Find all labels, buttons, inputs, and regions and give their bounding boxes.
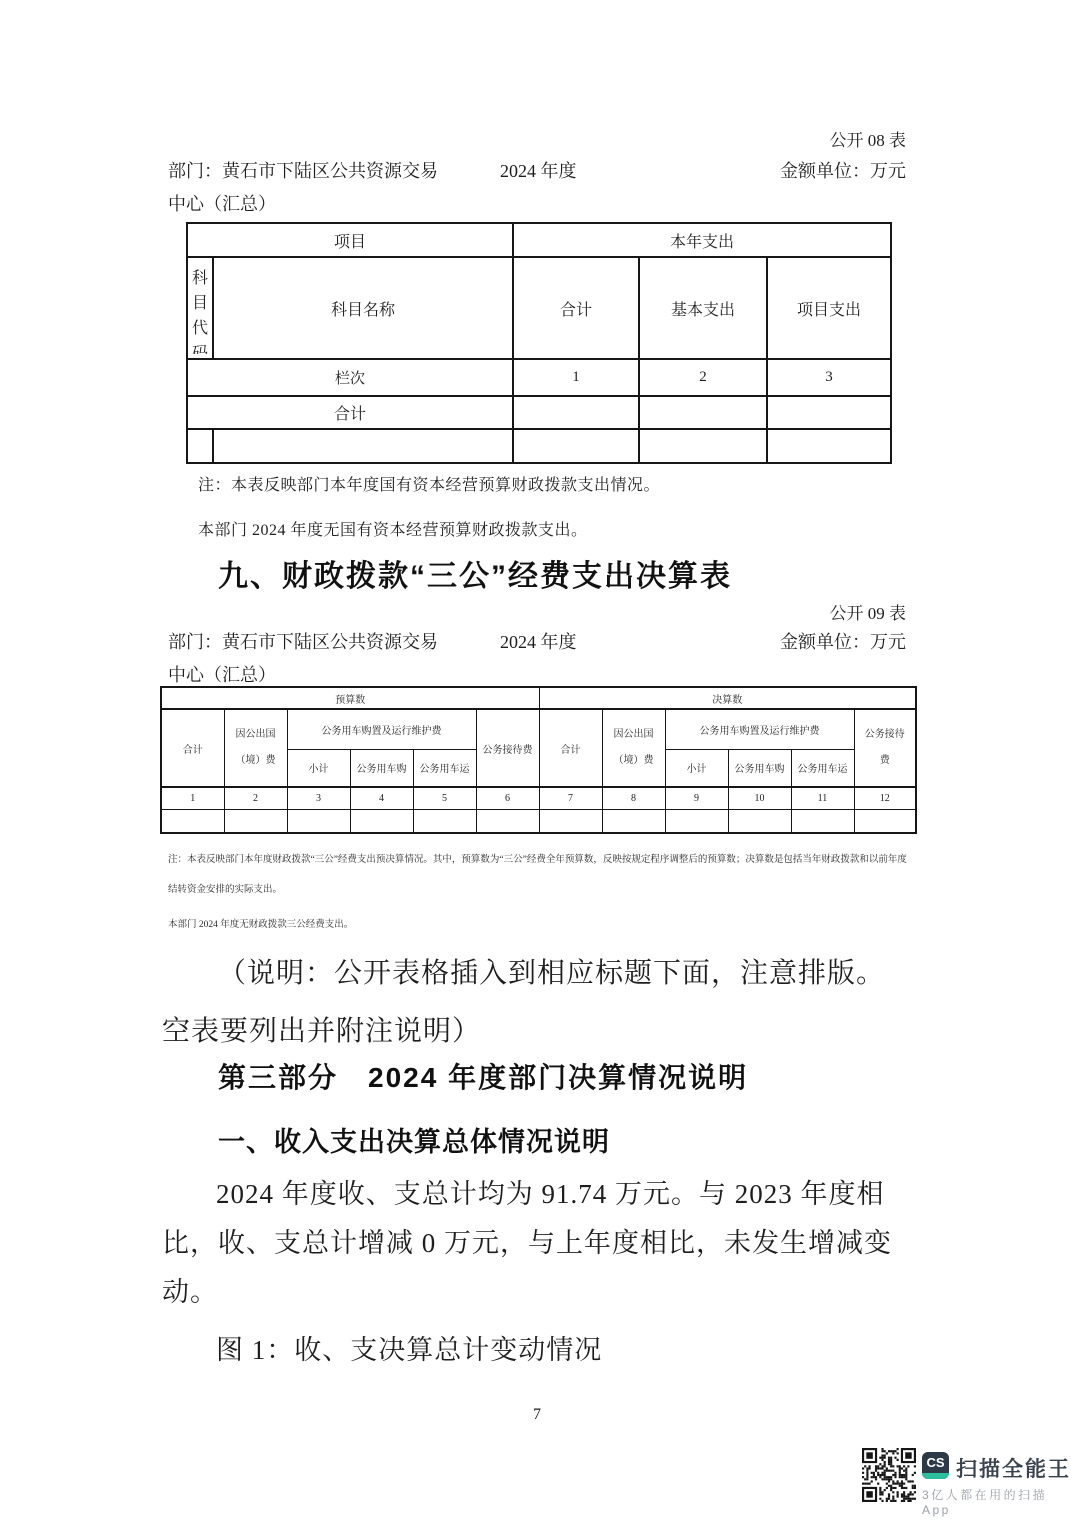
t9-final-reception: 公务接待费	[854, 709, 916, 787]
table09-unit: 金额单位：万元	[780, 628, 906, 654]
t9-final-reception-label: 公务接待费	[864, 722, 906, 774]
section9-heading: 九、财政拨款“三公”经费支出决算表	[218, 551, 732, 595]
t9-col-12: 12	[854, 787, 916, 809]
t9-budget-abroad-label: 因公出国（境）费	[235, 722, 277, 774]
t8-project-expense-cell: 项目支出	[767, 257, 891, 359]
empty-cell	[791, 809, 854, 833]
empty-cell	[539, 809, 602, 833]
t9-col-6: 6	[476, 787, 539, 809]
t9-col-9: 9	[665, 787, 728, 809]
camscanner-logo-teal-bar	[922, 1473, 949, 1479]
table08-unit: 金额单位：万元	[780, 157, 906, 183]
t9-col-7: 7	[539, 787, 602, 809]
t9-final-vehicle-purchase: 公务用车购	[728, 749, 791, 787]
empty-cell	[350, 809, 413, 833]
qr-code	[862, 1448, 916, 1502]
table08-dept-name: 部门：黄石市下陆区公共资源交易	[168, 157, 438, 183]
table09-year: 2024 年度	[500, 628, 577, 654]
empty-cell	[187, 429, 213, 463]
table08-year: 2024 年度	[500, 157, 577, 183]
camscanner-logo: CS	[922, 1452, 949, 1479]
remark-paragraph: （说明：公开表格插入到相应标题下面，注意排版。空表要列出并附注说明）	[162, 945, 910, 1061]
document-page: 公开 08 表 部门：黄石市下陆区公共资源交易 2024 年度 金额单位：万元 …	[0, 0, 1074, 1520]
table08: 项目 本年支出 科目代码 科目名称 合计 基本支出 项目支出 栏次 1 2 3 …	[186, 222, 892, 464]
table08-dept-suffix: 中心（汇总）	[168, 190, 276, 216]
table09-dept-suffix: 中心（汇总）	[168, 661, 276, 687]
empty-cell	[854, 809, 916, 833]
empty-cell	[639, 396, 767, 429]
t9-budget-subtotal: 小计	[287, 749, 350, 787]
empty-cell	[513, 429, 639, 463]
empty-cell	[639, 429, 767, 463]
t8-col-3: 3	[767, 359, 891, 396]
empty-cell	[767, 396, 891, 429]
t9-col-4: 4	[350, 787, 413, 809]
t8-col-1: 1	[513, 359, 639, 396]
t8-subject-code-label: 科目代码	[191, 266, 209, 354]
table08-note: 注：本表反映部门本年度国有资本经营预算财政拨款支出情况。	[198, 472, 660, 495]
t9-final-abroad: 因公出国（境）费	[602, 709, 665, 787]
t9-col-8: 8	[602, 787, 665, 809]
t8-total-row-label: 合计	[187, 396, 513, 429]
camscanner-logo-text: CS	[922, 1452, 949, 1473]
table09-statement: 本部门 2024 年度无财政拨款三公经费支出。	[168, 910, 353, 940]
table09-dept-row: 部门：黄石市下陆区公共资源交易 2024 年度 金额单位：万元	[168, 628, 906, 654]
t9-budget-total: 合计	[161, 709, 224, 787]
empty-cell	[224, 809, 287, 833]
empty-cell	[213, 429, 513, 463]
t8-total-cell: 合计	[513, 257, 639, 359]
t9-budget-vehicle-operation: 公务用车运	[413, 749, 476, 787]
t8-subject-code-cell: 科目代码	[187, 257, 213, 359]
body-paragraph: 2024 年度收、支总计均为 91.74 万元。与 2023 年度相比，收、支总…	[162, 1170, 912, 1317]
t9-budget-vehicle: 公务用车购置及运行维护费	[287, 709, 476, 749]
t9-col-5: 5	[413, 787, 476, 809]
part3-heading: 第三部分 2024 年度部门决算情况说明	[218, 1056, 748, 1096]
t8-col-2: 2	[639, 359, 767, 396]
t9-final-vehicle: 公务用车购置及运行维护费	[665, 709, 854, 749]
t8-basic-expense-cell: 基本支出	[639, 257, 767, 359]
t8-rank-cell: 栏次	[187, 359, 513, 396]
empty-cell	[161, 809, 224, 833]
t9-final-subtotal: 小计	[665, 749, 728, 787]
camscanner-tagline: 3亿人都在用的扫描App	[922, 1486, 1074, 1517]
t9-col-11: 11	[791, 787, 854, 809]
t9-budget-header: 预算数	[161, 687, 539, 709]
t9-col-3: 3	[287, 787, 350, 809]
t9-final-header: 决算数	[539, 687, 916, 709]
empty-cell	[287, 809, 350, 833]
t8-header-year-expense: 本年支出	[513, 223, 891, 257]
table09-note: 注：本表反映部门本年度财政拨款“三公”经费支出预决算情况。其中，预算数为“三公”…	[168, 845, 912, 905]
t9-col-1: 1	[161, 787, 224, 809]
empty-cell	[476, 809, 539, 833]
t9-budget-reception: 公务接待费	[476, 709, 539, 787]
t9-final-abroad-label: 因公出国（境）费	[613, 722, 655, 774]
empty-cell	[665, 809, 728, 833]
table09: 预算数 决算数 合计 因公出国（境）费 公务用车购置及运行维护费 公务接待费 合…	[160, 686, 917, 834]
table08-dept-row: 部门：黄石市下陆区公共资源交易 2024 年度 金额单位：万元	[168, 157, 906, 183]
t9-col-10: 10	[728, 787, 791, 809]
t9-budget-abroad: 因公出国（境）费	[224, 709, 287, 787]
empty-cell	[602, 809, 665, 833]
table08-statement: 本部门 2024 年度无国有资本经营预算财政拨款支出。	[198, 517, 588, 540]
empty-cell	[767, 429, 891, 463]
table09-dept-name: 部门：黄石市下陆区公共资源交易	[168, 628, 438, 654]
t8-header-project: 项目	[187, 223, 513, 257]
page-number: 7	[0, 1406, 1074, 1424]
table09-tag: 公开 09 表	[168, 599, 906, 624]
table08-tag: 公开 08 表	[168, 126, 906, 151]
t8-subject-name-cell: 科目名称	[213, 257, 513, 359]
t9-final-total: 合计	[539, 709, 602, 787]
section1-heading: 一、收入支出决算总体情况说明	[218, 1120, 610, 1159]
t9-col-2: 2	[224, 787, 287, 809]
empty-cell	[728, 809, 791, 833]
empty-cell	[513, 396, 639, 429]
figure1-caption: 图 1：收、支决算总计变动情况	[162, 1328, 912, 1367]
t9-final-vehicle-operation: 公务用车运	[791, 749, 854, 787]
empty-cell	[413, 809, 476, 833]
camscanner-app-name: 扫描全能王	[956, 1453, 1071, 1483]
t9-budget-vehicle-purchase: 公务用车购	[350, 749, 413, 787]
